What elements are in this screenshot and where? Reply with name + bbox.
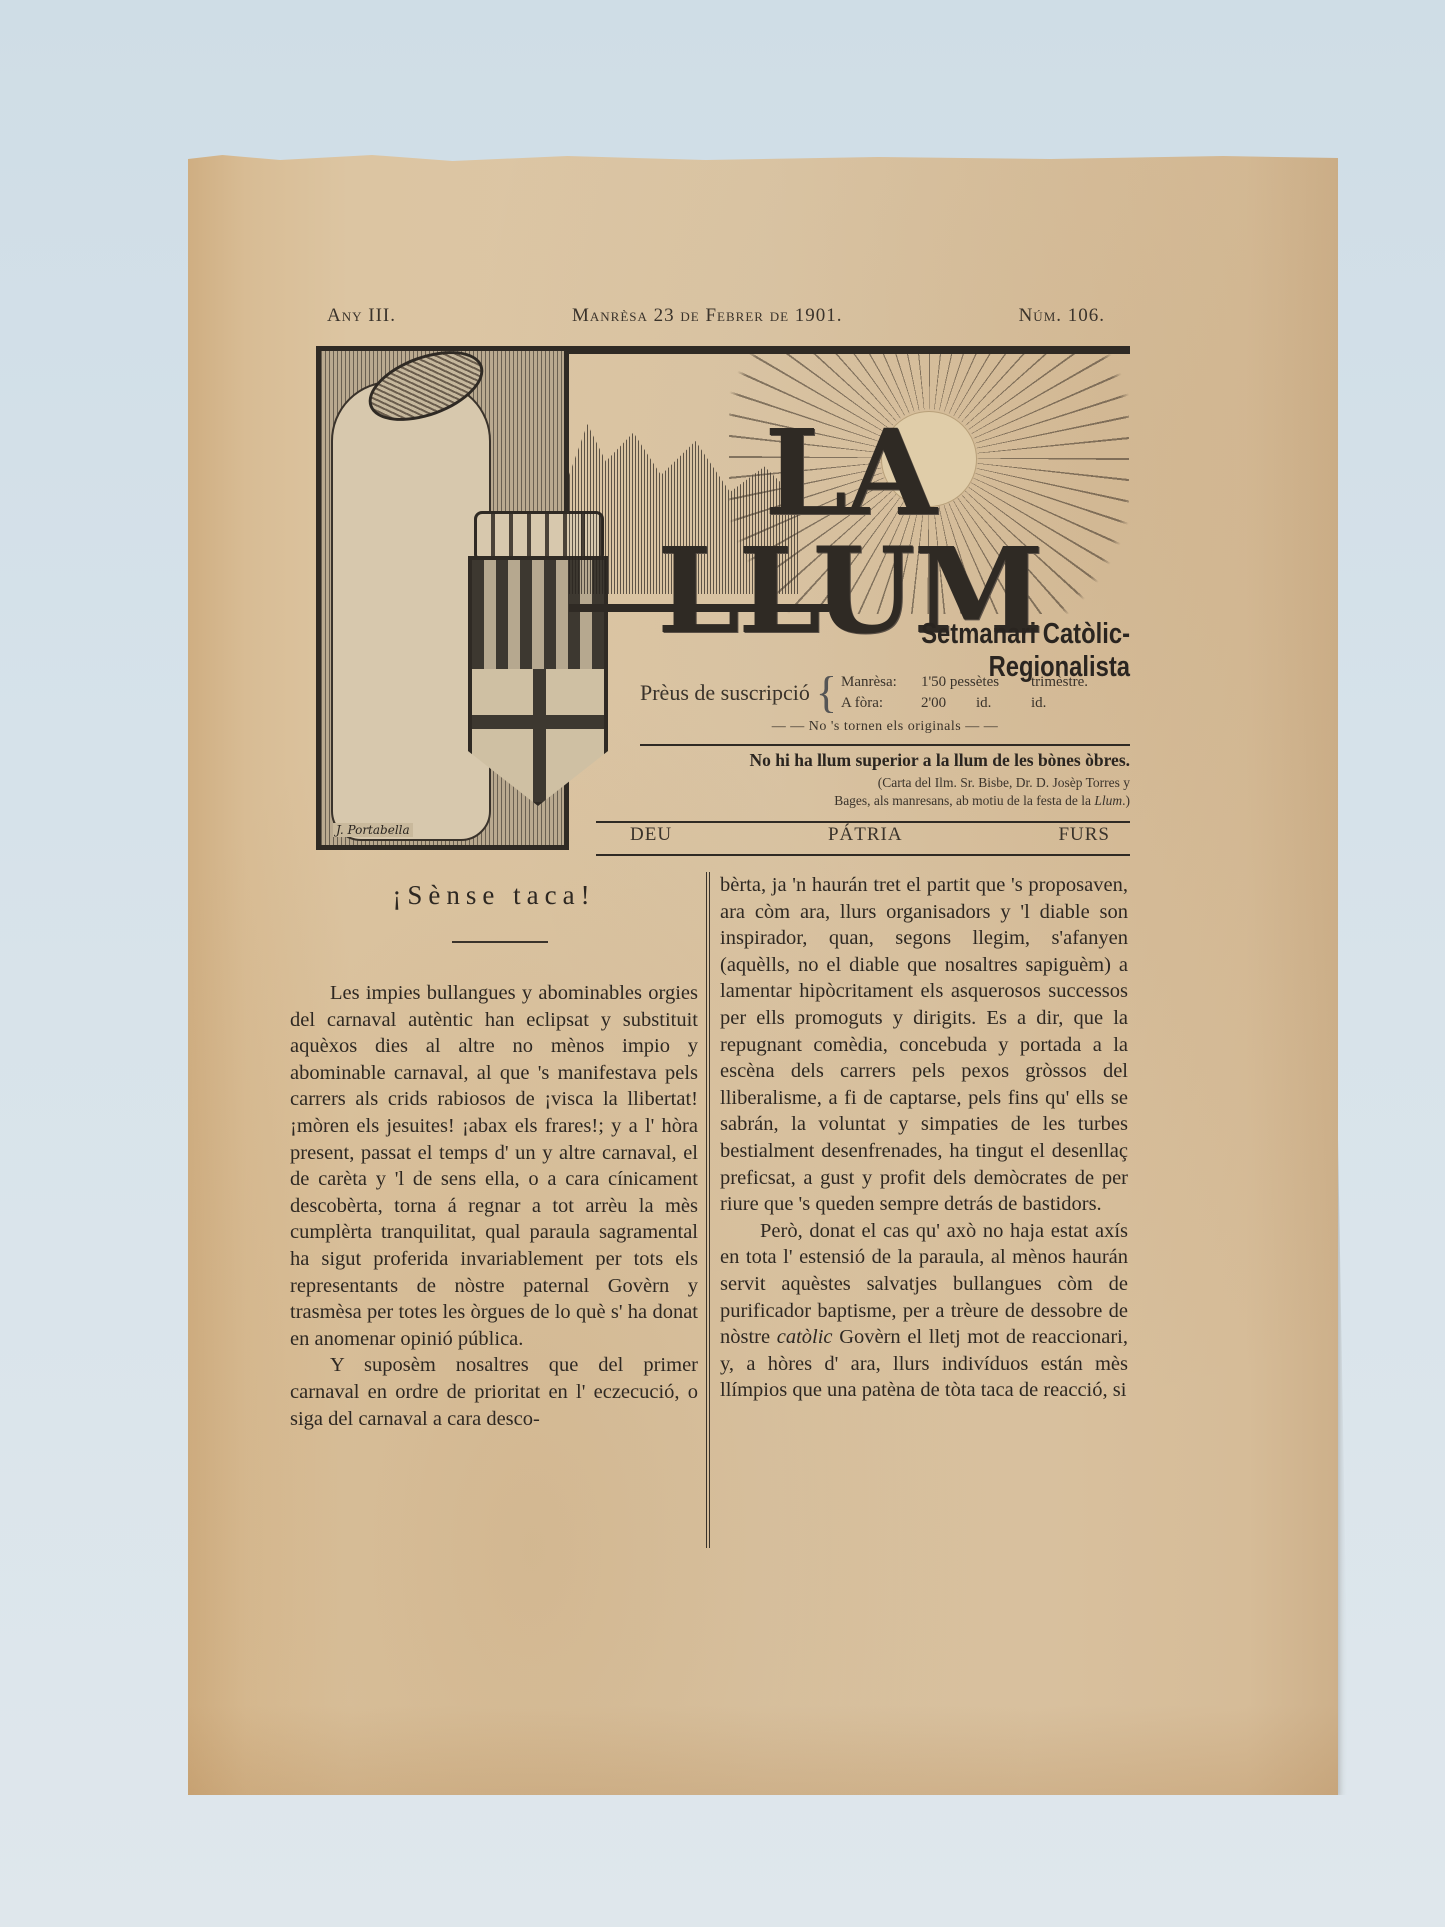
subscription-label: Prèus de suscripció xyxy=(640,680,810,706)
paragraph: Y suposèm nosaltres que del primer carna… xyxy=(290,1352,698,1432)
motto: No hi ha llum superior a la llum de les … xyxy=(640,750,1130,771)
paragraph: bèrta, ja 'n haurán tret el partit que '… xyxy=(720,872,1128,1218)
dateline: Any III. Manrèsa 23 de Febrer de 1901. N… xyxy=(327,305,1105,327)
motto-source: (Carta del Ilm. Sr. Bisbe, Dr. D. Josèp … xyxy=(656,774,1130,810)
subscription-row: A fòra: 2'00 id. id. xyxy=(841,693,1121,714)
column-divider xyxy=(706,872,710,1548)
divider xyxy=(596,821,1130,823)
article-column-right: bèrta, ja 'n haurán tret el partit que '… xyxy=(720,872,1128,1404)
divider xyxy=(640,744,1130,746)
article-column-left: Les impies bullangues y abominables orgi… xyxy=(290,980,698,1432)
place-date: Manrèsa 23 de Febrer de 1901. xyxy=(572,305,843,327)
brace-icon: { xyxy=(816,671,837,715)
title-divider xyxy=(452,941,548,943)
triad-furs: FURS xyxy=(1058,824,1110,846)
shield-cross-vertical xyxy=(533,669,546,802)
divider xyxy=(596,854,1130,856)
paragraph: Però, donat el cas qu' axò no haja estat… xyxy=(720,1218,1128,1404)
subscription-row: Manrèsa: 1'50 pessètes trimèstre. xyxy=(841,672,1121,693)
masthead: J. Portabella LA LLUM Setmanari Catòlic-… xyxy=(316,346,1130,850)
triad-patria: PÁTRIA xyxy=(828,824,903,846)
title-banner: LA LLUM xyxy=(569,346,1130,616)
originals-note: — — No 's tornen els originals — — xyxy=(640,719,1130,735)
paragraph: Les impies bullangues y abominables orgi… xyxy=(290,980,698,1352)
issue-number: Núm. 106. xyxy=(1019,305,1105,327)
subscription-table: Manrèsa: 1'50 pessètes trimèstre. A fòra… xyxy=(841,672,1121,714)
triad-deu: DEU xyxy=(630,824,672,846)
motto-triad: DEU PÁTRIA FURS xyxy=(612,824,1130,846)
illustrator-signature: J. Portabella xyxy=(333,823,413,837)
woman-figure-icon xyxy=(331,381,491,841)
newspaper-title: LA LLUM xyxy=(569,414,1130,650)
title-underbar xyxy=(569,604,829,612)
subscription-info: Prèus de suscripció { Manrèsa: 1'50 pess… xyxy=(640,671,1130,735)
shield-cross-horizontal xyxy=(472,715,604,730)
article-title: ¡Sènse taca! xyxy=(290,880,698,911)
year-label: Any III. xyxy=(327,305,396,327)
